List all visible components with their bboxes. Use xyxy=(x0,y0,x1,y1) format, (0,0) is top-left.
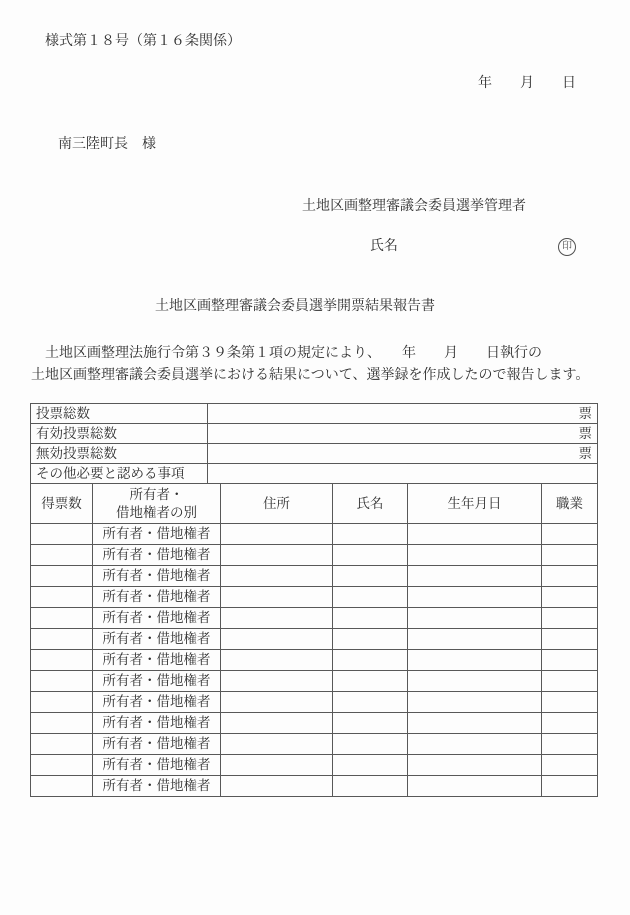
birthdate-cell xyxy=(408,650,542,671)
summary-label: 投票総数 xyxy=(31,404,208,424)
header-name: 氏名 xyxy=(333,484,408,524)
occupation-cell xyxy=(542,713,598,734)
address-cell xyxy=(221,734,333,755)
owner-type-cell: 所有者・借地権者 xyxy=(93,608,221,629)
birthdate-cell xyxy=(408,566,542,587)
result-row: 所有者・借地権者 xyxy=(31,692,598,713)
result-row: 所有者・借地権者 xyxy=(31,587,598,608)
report-form-page: 様式第１８号（第１６条関係） 年 月 日 南三陸町長 様 土地区画整理審議会委員… xyxy=(0,0,630,915)
occupation-cell xyxy=(542,755,598,776)
birthdate-cell xyxy=(408,692,542,713)
vote-count-cell xyxy=(31,692,93,713)
result-row: 所有者・借地権者 xyxy=(31,524,598,545)
summary-table: 投票総数 票 有効投票総数 票 無効投票総数 票 その他必要と認める事項 xyxy=(30,403,598,484)
header-votes: 得票数 xyxy=(31,484,93,524)
occupation-cell xyxy=(542,650,598,671)
occupation-cell xyxy=(542,629,598,650)
name-cell xyxy=(333,755,408,776)
header-occupation: 職業 xyxy=(542,484,598,524)
result-row: 所有者・借地権者 xyxy=(31,566,598,587)
date-line: 年 月 日 xyxy=(478,76,576,92)
results-rows: 所有者・借地権者所有者・借地権者所有者・借地権者所有者・借地権者所有者・借地権者… xyxy=(31,524,598,797)
birthdate-cell xyxy=(408,776,542,797)
name-label: 氏名 xyxy=(370,239,398,255)
addressee-line: 南三陸町長 様 xyxy=(58,137,156,153)
name-cell xyxy=(333,671,408,692)
result-row: 所有者・借地権者 xyxy=(31,608,598,629)
vote-count-cell xyxy=(31,713,93,734)
vote-count-cell xyxy=(31,671,93,692)
owner-type-cell: 所有者・借地権者 xyxy=(93,545,221,566)
name-cell xyxy=(333,776,408,797)
summary-row: 投票総数 票 xyxy=(31,404,598,424)
results-table: 得票数 所有者・ 借地権者の別 住所 氏名 生年月日 職業 所有者・借地権者所有… xyxy=(30,483,598,797)
results-header-row: 得票数 所有者・ 借地権者の別 住所 氏名 生年月日 職業 xyxy=(31,484,598,524)
result-row: 所有者・借地権者 xyxy=(31,713,598,734)
occupation-cell xyxy=(542,545,598,566)
name-cell xyxy=(333,524,408,545)
owner-type-cell: 所有者・借地権者 xyxy=(93,671,221,692)
address-cell xyxy=(221,650,333,671)
occupation-cell xyxy=(542,566,598,587)
owner-type-cell: 所有者・借地権者 xyxy=(93,650,221,671)
address-cell xyxy=(221,776,333,797)
vote-count-cell xyxy=(31,545,93,566)
body-line-2: 土地区画整理審議会委員選挙における結果について、選挙録を作成したので報告します。 xyxy=(31,368,589,383)
vote-count-cell xyxy=(31,587,93,608)
summary-row: 有効投票総数 票 xyxy=(31,424,598,444)
occupation-cell xyxy=(542,734,598,755)
address-cell xyxy=(221,755,333,776)
result-row: 所有者・借地権者 xyxy=(31,755,598,776)
address-cell xyxy=(221,524,333,545)
vote-count-cell xyxy=(31,755,93,776)
summary-row: その他必要と認める事項 xyxy=(31,464,598,484)
result-row: 所有者・借地権者 xyxy=(31,671,598,692)
header-address: 住所 xyxy=(221,484,333,524)
body-paragraph: 土地区画整理法施行令第３９条第１項の規定により、 年 月 日執行の土地区画整理審… xyxy=(31,343,589,387)
occupation-cell xyxy=(542,524,598,545)
owner-type-cell: 所有者・借地権者 xyxy=(93,776,221,797)
occupation-cell xyxy=(542,608,598,629)
document-title: 土地区画整理審議会委員選挙開票結果報告書 xyxy=(155,299,435,315)
occupation-cell xyxy=(542,587,598,608)
address-cell xyxy=(221,587,333,608)
name-cell xyxy=(333,629,408,650)
vote-count-cell xyxy=(31,776,93,797)
birthdate-cell xyxy=(408,524,542,545)
owner-type-cell: 所有者・借地権者 xyxy=(93,713,221,734)
header-owner-type: 所有者・ 借地権者の別 xyxy=(93,484,221,524)
summary-label: 有効投票総数 xyxy=(31,424,208,444)
summary-value-cell: 票 xyxy=(208,424,598,444)
owner-type-cell: 所有者・借地権者 xyxy=(93,587,221,608)
birthdate-cell xyxy=(408,755,542,776)
address-cell xyxy=(221,566,333,587)
address-cell xyxy=(221,629,333,650)
summary-label: その他必要と認める事項 xyxy=(31,464,208,484)
vote-count-cell xyxy=(31,734,93,755)
occupation-cell xyxy=(542,671,598,692)
summary-label: 無効投票総数 xyxy=(31,444,208,464)
result-row: 所有者・借地権者 xyxy=(31,776,598,797)
owner-type-cell: 所有者・借地権者 xyxy=(93,734,221,755)
name-cell xyxy=(333,734,408,755)
tables-container: 投票総数 票 有効投票総数 票 無効投票総数 票 その他必要と認める事項 得票数… xyxy=(30,403,597,797)
owner-type-cell: 所有者・借地権者 xyxy=(93,692,221,713)
vote-count-cell xyxy=(31,524,93,545)
birthdate-cell xyxy=(408,734,542,755)
birthdate-cell xyxy=(408,545,542,566)
birthdate-cell xyxy=(408,608,542,629)
header-birthdate: 生年月日 xyxy=(408,484,542,524)
name-cell xyxy=(333,650,408,671)
result-row: 所有者・借地権者 xyxy=(31,629,598,650)
address-cell xyxy=(221,692,333,713)
form-number: 様式第１８号（第１６条関係） xyxy=(45,34,241,50)
birthdate-cell xyxy=(408,587,542,608)
occupation-cell xyxy=(542,692,598,713)
owner-type-cell: 所有者・借地権者 xyxy=(93,629,221,650)
address-cell xyxy=(221,713,333,734)
summary-value-cell xyxy=(208,464,598,484)
result-row: 所有者・借地権者 xyxy=(31,650,598,671)
summary-value-cell: 票 xyxy=(208,404,598,424)
name-cell xyxy=(333,713,408,734)
address-cell xyxy=(221,671,333,692)
vote-count-cell xyxy=(31,566,93,587)
election-manager-title: 土地区画整理審議会委員選挙管理者 xyxy=(302,199,526,215)
name-cell xyxy=(333,587,408,608)
owner-type-cell: 所有者・借地権者 xyxy=(93,566,221,587)
vote-count-cell xyxy=(31,629,93,650)
owner-type-cell: 所有者・借地権者 xyxy=(93,524,221,545)
occupation-cell xyxy=(542,776,598,797)
vote-count-cell xyxy=(31,650,93,671)
vote-count-cell xyxy=(31,608,93,629)
name-cell xyxy=(333,566,408,587)
result-row: 所有者・借地権者 xyxy=(31,545,598,566)
name-cell xyxy=(333,545,408,566)
name-cell xyxy=(333,608,408,629)
name-cell xyxy=(333,692,408,713)
owner-type-cell: 所有者・借地権者 xyxy=(93,755,221,776)
address-cell xyxy=(221,545,333,566)
seal-stamp-icon: 印 xyxy=(558,238,576,256)
birthdate-cell xyxy=(408,629,542,650)
birthdate-cell xyxy=(408,671,542,692)
body-line-1: 土地区画整理法施行令第３９条第１項の規定により、 年 月 日執行の xyxy=(31,346,542,361)
birthdate-cell xyxy=(408,713,542,734)
address-cell xyxy=(221,608,333,629)
result-row: 所有者・借地権者 xyxy=(31,734,598,755)
summary-value-cell: 票 xyxy=(208,444,598,464)
summary-row: 無効投票総数 票 xyxy=(31,444,598,464)
